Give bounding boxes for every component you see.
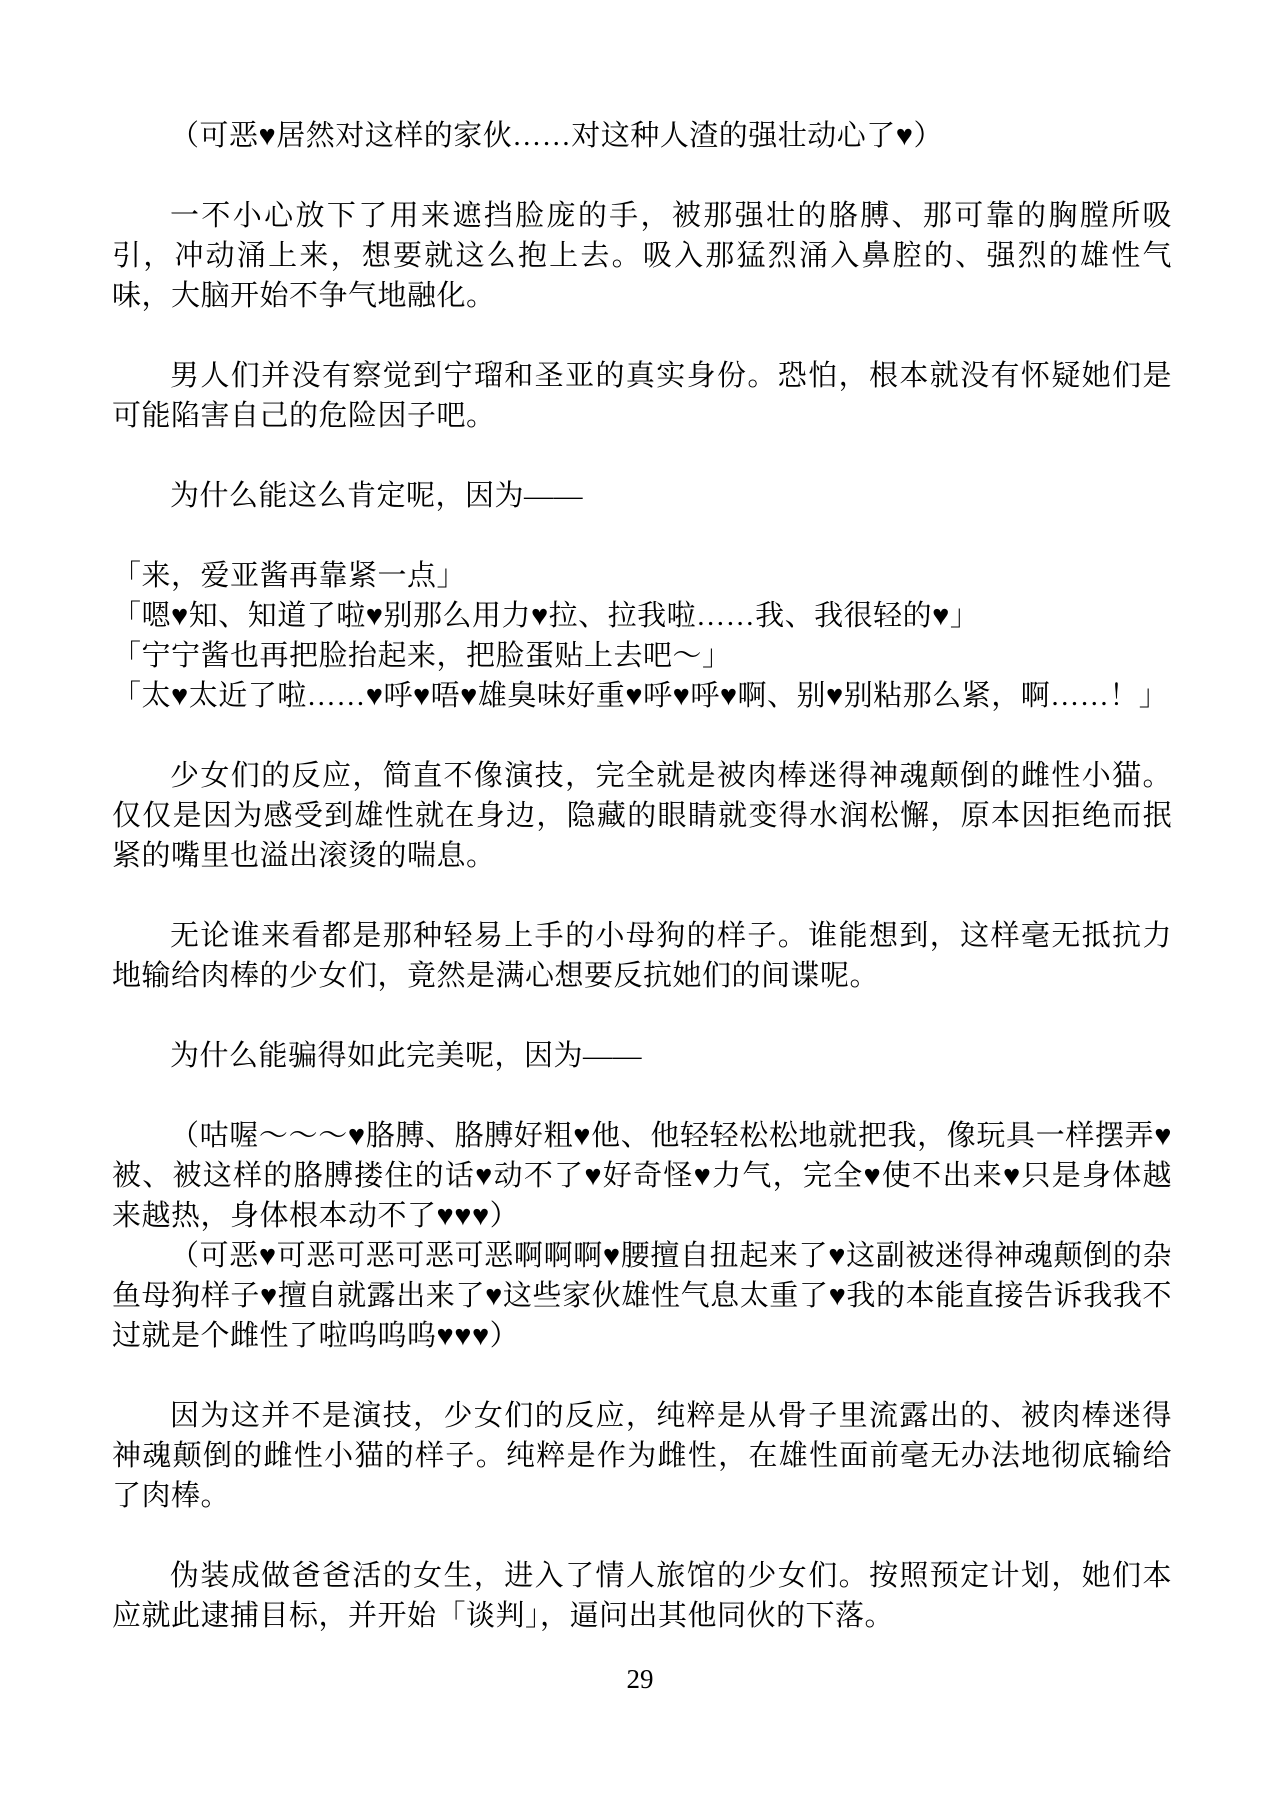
inner-monologue-paragraph: （咕喔～～～♥胳膊、胳膊好粗♥他、他轻轻松松地就把我，像玩具一样摆弄♥被、被这样…: [112, 1116, 1172, 1236]
dialogue-line: 「来，爱亚酱再靠紧一点」: [112, 556, 1172, 596]
narration-paragraph: 伪装成做爸爸活的女生，进入了情人旅馆的少女们。按照预定计划，她们本应就此逮捕目标…: [112, 1556, 1172, 1636]
narration-paragraph: 因为这并不是演技，少女们的反应，纯粹是从骨子里流露出的、被肉棒迷得神魂颠倒的雌性…: [112, 1396, 1172, 1516]
narration-paragraph: 男人们并没有察觉到宁瑠和圣亚的真实身份。恐怕，根本就没有怀疑她们是可能陷害自己的…: [112, 356, 1172, 436]
dialogue-line: 「嗯♥知、知道了啦♥别那么用力♥拉、拉我啦……我、我很轻的♥」: [112, 596, 1172, 636]
dialogue-line: 「太♥太近了啦……♥呼♥唔♥雄臭味好重♥呼♥呼♥啊、别♥别粘那么紧，啊……！」: [112, 676, 1172, 716]
inner-monologue-paragraph: （可恶♥可恶可恶可恶可恶啊啊啊♥腰擅自扭起来了♥这副被迷得神魂颠倒的杂鱼母狗样子…: [112, 1236, 1172, 1356]
dialogue-block: 「来，爱亚酱再靠紧一点」 「嗯♥知、知道了啦♥别那么用力♥拉、拉我啦……我、我很…: [112, 556, 1172, 716]
narration-paragraph: 无论谁来看都是那种轻易上手的小母狗的样子。谁能想到，这样毫无抵抗力地输给肉棒的少…: [112, 916, 1172, 996]
narration-paragraph: 少女们的反应，简直不像演技，完全就是被肉棒迷得神魂颠倒的雌性小猫。仅仅是因为感受…: [112, 756, 1172, 876]
dialogue-line: 「宁宁酱也再把脸抬起来，把脸蛋贴上去吧～」: [112, 636, 1172, 676]
narration-paragraph: 一不小心放下了用来遮挡脸庞的手，被那强壮的胳膊、那可靠的胸膛所吸引，冲动涌上来，…: [112, 196, 1172, 316]
inner-monologue-paragraph: （可恶♥居然对这样的家伙……对这种人渣的强壮动心了♥）: [112, 116, 1172, 156]
novel-page: （可恶♥居然对这样的家伙……对这种人渣的强壮动心了♥） 一不小心放下了用来遮挡脸…: [0, 0, 1280, 1808]
narration-paragraph: 为什么能骗得如此完美呢，因为——: [112, 1036, 1172, 1076]
page-number: 29: [0, 1662, 1280, 1696]
narration-paragraph: 为什么能这么肯定呢，因为——: [112, 476, 1172, 516]
page-text-body: （可恶♥居然对这样的家伙……对这种人渣的强壮动心了♥） 一不小心放下了用来遮挡脸…: [112, 116, 1172, 1636]
